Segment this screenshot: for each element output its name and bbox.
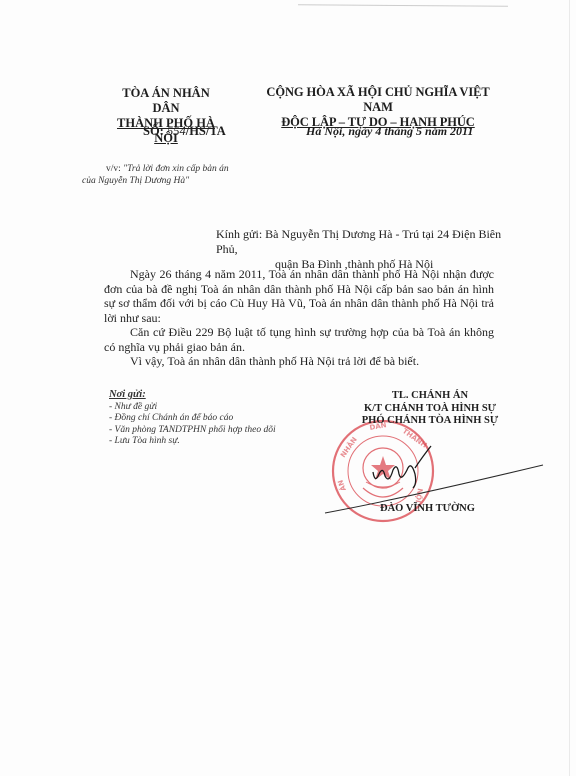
document-date: Hà Nội, ngày 4 tháng 5 năm 2011 bbox=[306, 124, 473, 139]
signature-line-1: TL. CHÁNH ÁN bbox=[330, 390, 530, 403]
national-line-1: CỘNG HÒA XÃ HỘI CHỦ NGHĨA VIỆT NAM bbox=[258, 85, 498, 115]
distribution-list: Nơi gửi: - Như đề gửi - Đồng chí Chánh á… bbox=[109, 389, 276, 448]
recipient: Kính gửi: Bà Nguyễn Thị Dương Hà - Trú t… bbox=[216, 227, 516, 272]
subject-prefix: v/v: bbox=[106, 164, 123, 174]
issuer-line-1: TÒA ÁN NHÂN DÂN bbox=[108, 86, 224, 116]
subject: v/v: "Trả lời đơn xin cấp bản án của Ngu… bbox=[106, 163, 229, 187]
number-value: 554 bbox=[167, 124, 186, 138]
subject-line-2: của Nguyễn Thị Dương Hà" bbox=[82, 175, 229, 187]
scan-artifact-line bbox=[298, 4, 508, 6]
signature-line-3: PHÓ CHÁNH TÒA HÌNH SỰ bbox=[330, 415, 530, 428]
recipient-line-1: Kính gửi: Bà Nguyễn Thị Dương Hà - Trú t… bbox=[216, 227, 501, 256]
distribution-title: Nơi gửi: bbox=[109, 389, 276, 401]
signature-block: TL. CHÁNH ÁN K/T CHÁNH TOÀ HÌNH SỰ PHÓ C… bbox=[330, 390, 530, 428]
distribution-item: - Đồng chí Chánh án để báo cáo bbox=[109, 413, 276, 425]
scan-edge bbox=[569, 0, 570, 776]
distribution-item: - Văn phòng TANDTPHN phối hợp theo dõi bbox=[109, 425, 276, 437]
distribution-item: - Như đề gửi bbox=[109, 402, 276, 414]
paragraph: Ngày 26 tháng 4 năm 2011, Toà án nhân dâ… bbox=[104, 267, 494, 325]
distribution-item: - Lưu Tòa hình sự. bbox=[109, 436, 276, 448]
subject-line-1: "Trả lời đơn xin cấp bản án bbox=[123, 164, 228, 174]
letter-body: Ngày 26 tháng 4 năm 2011, Toà án nhân dâ… bbox=[104, 267, 494, 369]
document-number: SỐ: 554/HS/TA bbox=[143, 124, 226, 139]
number-suffix: /HS/TA bbox=[186, 124, 226, 138]
paragraph: Vì vậy, Toà án nhân dân thành phố Hà Nội… bbox=[104, 354, 494, 369]
signer-name: ĐÀO VĨNH TƯỜNG bbox=[380, 503, 475, 514]
number-label: SỐ: bbox=[143, 124, 167, 138]
paragraph: Căn cứ Điều 229 Bộ luật tố tụng hình sự … bbox=[104, 325, 494, 354]
signature-line-2: K/T CHÁNH TOÀ HÌNH SỰ bbox=[330, 403, 530, 416]
